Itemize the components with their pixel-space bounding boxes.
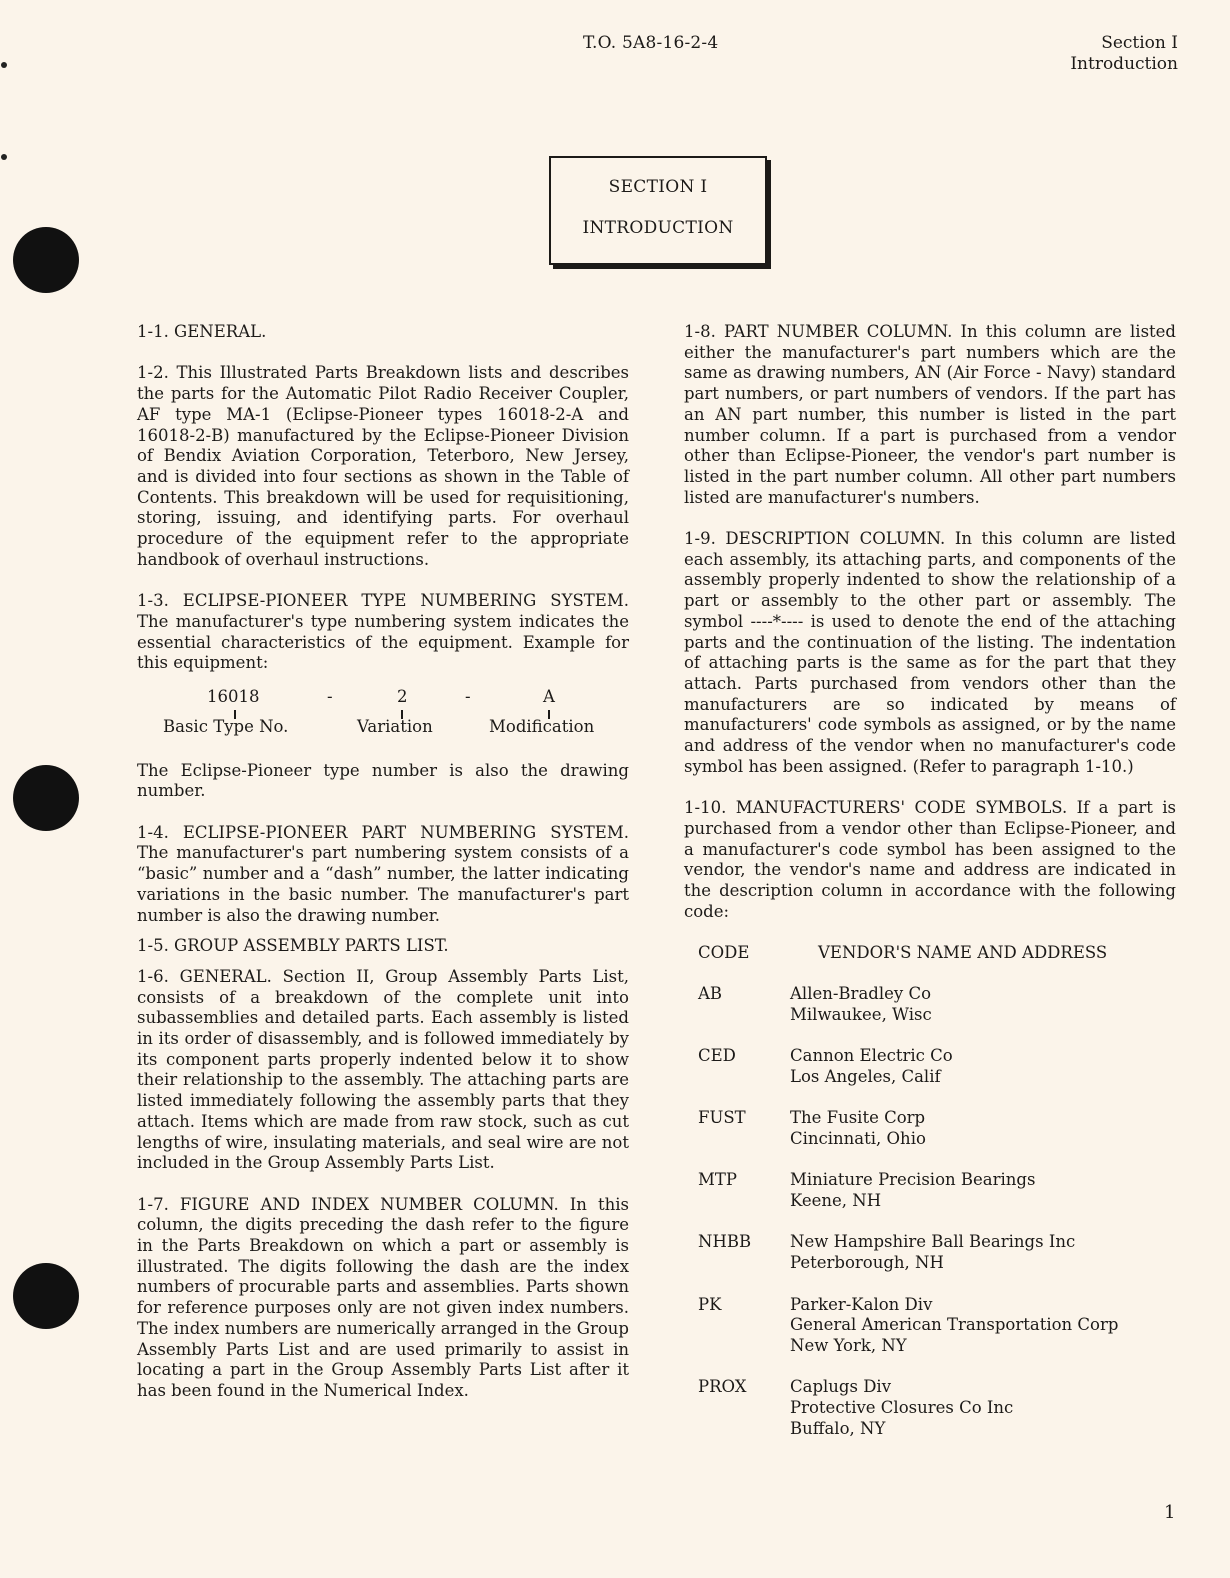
binding-dot xyxy=(1,154,7,160)
document-page: T.O. 5A8-16-2-4 Section I Introduction S… xyxy=(0,0,1230,1578)
header-section: Section I xyxy=(1070,33,1178,54)
paragraph-1-9: 1-9. DESCRIPTION COLUMN. In this column … xyxy=(684,529,1176,777)
binding-dot xyxy=(1,62,7,68)
vendor-location: Cincinnati, Ohio xyxy=(790,1129,1176,1150)
paragraph-1-10: 1-10. MANUFACTURERS' CODE SYMBOLS. If a … xyxy=(684,798,1176,922)
code-table-row: PROX Caplugs Div Protective Closures Co … xyxy=(684,1377,1176,1439)
paragraph-1-6: 1-6. GENERAL. Section II, Group Assembly… xyxy=(137,967,629,1174)
punch-hole xyxy=(13,227,79,293)
vendor-name: Cannon Electric Co xyxy=(790,1046,1176,1067)
code-table-header: CODE VENDOR'S NAME AND ADDRESS xyxy=(684,943,1176,964)
vendor-name: New Hampshire Ball Bearings Inc xyxy=(790,1232,1176,1253)
vendor-address: Caplugs Div Protective Closures Co Inc B… xyxy=(790,1377,1176,1439)
vendor-code: PK xyxy=(698,1295,721,1316)
code-table-row: CED Cannon Electric Co Los Angeles, Cali… xyxy=(684,1046,1176,1087)
code-column-header: CODE xyxy=(698,943,749,964)
punch-hole xyxy=(13,1263,79,1329)
vendor-code: PROX xyxy=(698,1377,747,1398)
vendor-location: Keene, NH xyxy=(790,1191,1176,1212)
code-table-row: NHBB New Hampshire Ball Bearings Inc Pet… xyxy=(684,1232,1176,1273)
vendor-code: CED xyxy=(698,1046,736,1067)
vendor-address: The Fusite Corp Cincinnati, Ohio xyxy=(790,1108,1176,1149)
code-table-row: AB Allen-Bradley Co Milwaukee, Wisc xyxy=(684,984,1176,1025)
vendor-parent-company: General American Transportation Corp xyxy=(790,1315,1176,1336)
example-modification-label: Modification xyxy=(489,717,594,738)
example-variation-label: Variation xyxy=(357,717,433,738)
punch-hole xyxy=(13,765,79,831)
vendor-code: NHBB xyxy=(698,1232,751,1253)
vendor-location: Los Angeles, Calif xyxy=(790,1067,1176,1088)
left-column: 1-1. GENERAL. 1-2. This Illustrated Part… xyxy=(137,322,629,1422)
example-variation: 2 xyxy=(397,687,408,708)
vendor-location: Buffalo, NY xyxy=(790,1419,1176,1440)
vendor-name: The Fusite Corp xyxy=(790,1108,1176,1129)
example-basic-number: 16018 xyxy=(207,687,260,708)
paragraph-1-1-heading: 1-1. GENERAL. xyxy=(137,322,629,343)
paragraph-1-5-heading: 1-5. GROUP ASSEMBLY PARTS LIST. xyxy=(137,936,629,957)
paragraph-1-4: 1-4. ECLIPSE-PIONEER PART NUMBERING SYST… xyxy=(137,823,629,927)
vendor-code: MTP xyxy=(698,1170,737,1191)
right-column: 1-8. PART NUMBER COLUMN. In this column … xyxy=(684,322,1176,1460)
header-section-title: Introduction xyxy=(1070,54,1178,75)
vendor-address: Cannon Electric Co Los Angeles, Calif xyxy=(790,1046,1176,1087)
vendor-code: AB xyxy=(698,984,722,1005)
vendor-code: FUST xyxy=(698,1108,746,1129)
paragraph-1-8: 1-8. PART NUMBER COLUMN. In this column … xyxy=(684,322,1176,508)
section-title-box: SECTION I INTRODUCTION xyxy=(549,156,767,265)
example-dash: - xyxy=(465,687,471,708)
vendor-name: Parker-Kalon Div xyxy=(790,1295,1176,1316)
vendor-address: Allen-Bradley Co Milwaukee, Wisc xyxy=(790,984,1176,1025)
type-number-example: 16018 - 2 - A Basic Type No. Variation M… xyxy=(137,687,629,749)
vendor-address: Miniature Precision Bearings Keene, NH xyxy=(790,1170,1176,1211)
section-title: INTRODUCTION xyxy=(551,218,765,238)
vendor-address: New Hampshire Ball Bearings Inc Peterbor… xyxy=(790,1232,1176,1273)
example-modification: A xyxy=(543,687,555,708)
vendor-name: Caplugs Div xyxy=(790,1377,1176,1398)
section-number: SECTION I xyxy=(551,177,765,197)
code-table-row: MTP Miniature Precision Bearings Keene, … xyxy=(684,1170,1176,1211)
paragraph-1-2: 1-2. This Illustrated Parts Breakdown li… xyxy=(137,363,629,570)
code-table-row: PK Parker-Kalon Div General American Tra… xyxy=(684,1295,1176,1357)
page-number: 1 xyxy=(1164,1502,1175,1523)
vendor-location: New York, NY xyxy=(790,1336,1176,1357)
vendor-parent-company: Protective Closures Co Inc xyxy=(790,1398,1176,1419)
paragraph-1-7: 1-7. FIGURE AND INDEX NUMBER COLUMN. In … xyxy=(137,1195,629,1402)
vendor-location: Milwaukee, Wisc xyxy=(790,1005,1176,1026)
vendor-name: Miniature Precision Bearings xyxy=(790,1170,1176,1191)
vendor-location: Peterborough, NH xyxy=(790,1253,1176,1274)
paragraph-1-3: 1-3. ECLIPSE-PIONEER TYPE NUMBERING SYST… xyxy=(137,591,629,674)
running-header: Section I Introduction xyxy=(1070,33,1178,75)
vendor-column-header: VENDOR'S NAME AND ADDRESS xyxy=(818,943,1107,964)
example-dash: - xyxy=(327,687,333,708)
technical-order-number: T.O. 5A8-16-2-4 xyxy=(583,33,718,53)
paragraph-1-3-note: The Eclipse-Pioneer type number is also … xyxy=(137,761,629,802)
code-table-row: FUST The Fusite Corp Cincinnati, Ohio xyxy=(684,1108,1176,1149)
example-basic-label: Basic Type No. xyxy=(163,717,288,738)
vendor-address: Parker-Kalon Div General American Transp… xyxy=(790,1295,1176,1357)
vendor-name: Allen-Bradley Co xyxy=(790,984,1176,1005)
